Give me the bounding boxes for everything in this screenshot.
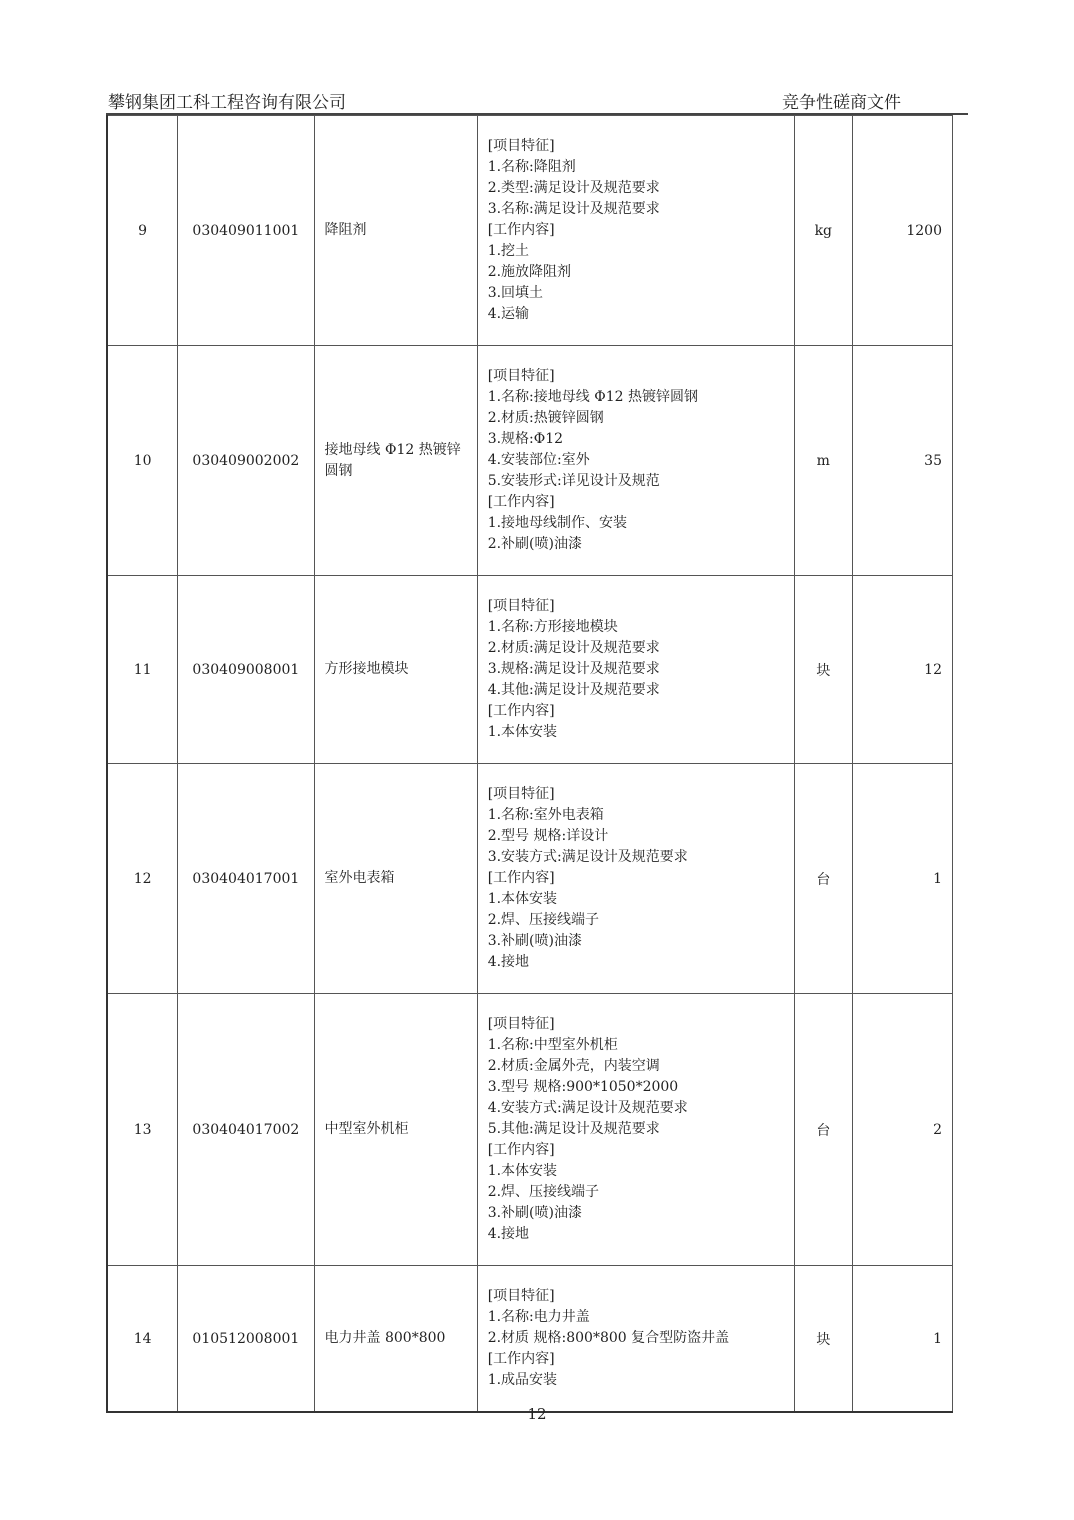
item-code: 030404017002 <box>178 994 314 1266</box>
description-block: [项目特征]1.名称:方形接地模块2.材质:满足设计及规范要求3.规格:满足设计… <box>488 576 794 763</box>
table-row: 10030409002002接地母线 Φ12 热镀锌圆钢[项目特征]1.名称:接… <box>107 346 953 576</box>
description-line: 4.接地 <box>488 1224 794 1245</box>
bill-of-quantities-table: 9030409011001降阻剂[项目特征]1.名称:降阻剂2.类型:满足设计及… <box>106 115 953 1413</box>
description-line: 1.接地母线制作、安装 <box>488 513 794 534</box>
description-line: [项目特征] <box>488 596 794 617</box>
description-line: 4.接地 <box>488 952 794 973</box>
description-line: 5.其他:满足设计及规范要求 <box>488 1119 794 1140</box>
description-line: 4.其他:满足设计及规范要求 <box>488 680 794 701</box>
description-line: 3.规格:满足设计及规范要求 <box>488 659 794 680</box>
description-line: 3.补刷(喷)油漆 <box>488 931 794 952</box>
row-number: 13 <box>107 994 178 1266</box>
description-line: 4.安装方式:满足设计及规范要求 <box>488 1098 794 1119</box>
row-number: 14 <box>107 1266 178 1413</box>
description-line: [项目特征] <box>488 1286 794 1307</box>
description-line: 2.型号 规格:详设计 <box>488 826 794 847</box>
table-row: 12030404017001室外电表箱[项目特征]1.名称:室外电表箱2.型号 … <box>107 764 953 994</box>
description-line: [工作内容] <box>488 492 794 513</box>
item-code: 030409008001 <box>178 576 314 764</box>
header-company-name: 攀钢集团工科工程咨询有限公司 <box>108 88 346 113</box>
item-description: [项目特征]1.名称:降阻剂2.类型:满足设计及规范要求3.名称:满足设计及规范… <box>477 116 794 346</box>
description-line: 2.补刷(喷)油漆 <box>488 534 794 555</box>
item-name: 降阻剂 <box>314 116 477 346</box>
description-line: 1.名称:电力井盖 <box>488 1307 794 1328</box>
item-name: 室外电表箱 <box>314 764 477 994</box>
quantity: 35 <box>852 346 952 576</box>
item-code: 010512008001 <box>178 1266 314 1413</box>
item-description: [项目特征]1.名称:室外电表箱2.型号 规格:详设计3.安装方式:满足设计及规… <box>477 764 794 994</box>
table-row: 11030409008001方形接地模块[项目特征]1.名称:方形接地模块2.材… <box>107 576 953 764</box>
table-body: 9030409011001降阻剂[项目特征]1.名称:降阻剂2.类型:满足设计及… <box>107 116 953 1413</box>
description-block: [项目特征]1.名称:室外电表箱2.型号 规格:详设计3.安装方式:满足设计及规… <box>488 764 794 993</box>
description-line: 3.回填土 <box>488 283 794 304</box>
description-line: [项目特征] <box>488 1014 794 1035</box>
description-line: [项目特征] <box>488 784 794 805</box>
description-line: [工作内容] <box>488 220 794 241</box>
item-code: 030409011001 <box>178 116 314 346</box>
description-line: 1.名称:方形接地模块 <box>488 617 794 638</box>
description-line: 3.型号 规格:900*1050*2000 <box>488 1077 794 1098</box>
item-code: 030409002002 <box>178 346 314 576</box>
quantity: 1 <box>852 764 952 994</box>
description-block: [项目特征]1.名称:接地母线 Φ12 热镀锌圆钢2.材质:热镀锌圆钢3.规格:… <box>488 346 794 575</box>
description-line: 1.名称:中型室外机柜 <box>488 1035 794 1056</box>
item-description: [项目特征]1.名称:接地母线 Φ12 热镀锌圆钢2.材质:热镀锌圆钢3.规格:… <box>477 346 794 576</box>
item-code: 030404017001 <box>178 764 314 994</box>
row-number: 11 <box>107 576 178 764</box>
item-name: 接地母线 Φ12 热镀锌圆钢 <box>314 346 477 576</box>
description-line: [工作内容] <box>488 1140 794 1161</box>
unit-of-measure: kg <box>794 116 852 346</box>
row-number: 10 <box>107 346 178 576</box>
description-line: 1.名称:接地母线 Φ12 热镀锌圆钢 <box>488 387 794 408</box>
description-line: 1.挖土 <box>488 241 794 262</box>
row-number: 9 <box>107 116 178 346</box>
description-line: 2.材质:金属外壳，内装空调 <box>488 1056 794 1077</box>
description-line: 1.名称:室外电表箱 <box>488 805 794 826</box>
description-line: 2.材质:热镀锌圆钢 <box>488 408 794 429</box>
description-block: [项目特征]1.名称:中型室外机柜2.材质:金属外壳，内装空调3.型号 规格:9… <box>488 994 794 1265</box>
description-line: [项目特征] <box>488 136 794 157</box>
description-line: 1.本体安装 <box>488 1161 794 1182</box>
quantity: 1 <box>852 1266 952 1413</box>
unit-of-measure: 台 <box>794 994 852 1266</box>
unit-of-measure: 块 <box>794 576 852 764</box>
description-line: 5.安装形式:详见设计及规范 <box>488 471 794 492</box>
description-line: 1.名称:降阻剂 <box>488 157 794 178</box>
item-description: [项目特征]1.名称:方形接地模块2.材质:满足设计及规范要求3.规格:满足设计… <box>477 576 794 764</box>
description-line: 3.规格:Φ12 <box>488 429 794 450</box>
description-line: 4.安装部位:室外 <box>488 450 794 471</box>
description-line: [工作内容] <box>488 1349 794 1370</box>
description-line: 2.施放降阻剂 <box>488 262 794 283</box>
page-number: 12 <box>0 1405 1074 1423</box>
description-line: 3.名称:满足设计及规范要求 <box>488 199 794 220</box>
table-row: 9030409011001降阻剂[项目特征]1.名称:降阻剂2.类型:满足设计及… <box>107 116 953 346</box>
unit-of-measure: m <box>794 346 852 576</box>
table-row: 14010512008001电力井盖 800*800[项目特征]1.名称:电力井… <box>107 1266 953 1413</box>
unit-of-measure: 块 <box>794 1266 852 1413</box>
description-line: 1.成品安装 <box>488 1370 794 1391</box>
item-description: [项目特征]1.名称:中型室外机柜2.材质:金属外壳，内装空调3.型号 规格:9… <box>477 994 794 1266</box>
description-block: [项目特征]1.名称:电力井盖2.材质 规格:800*800 复合型防盗井盖[工… <box>488 1266 794 1411</box>
description-block: [项目特征]1.名称:降阻剂2.类型:满足设计及规范要求3.名称:满足设计及规范… <box>488 116 794 345</box>
description-line: 3.补刷(喷)油漆 <box>488 1203 794 1224</box>
item-name: 电力井盖 800*800 <box>314 1266 477 1413</box>
description-line: 1.本体安装 <box>488 889 794 910</box>
item-name: 方形接地模块 <box>314 576 477 764</box>
quantity: 1200 <box>852 116 952 346</box>
description-line: 4.运输 <box>488 304 794 325</box>
description-line: [工作内容] <box>488 868 794 889</box>
item-description: [项目特征]1.名称:电力井盖2.材质 规格:800*800 复合型防盗井盖[工… <box>477 1266 794 1413</box>
unit-of-measure: 台 <box>794 764 852 994</box>
item-name: 中型室外机柜 <box>314 994 477 1266</box>
header-document-type: 竞争性磋商文件 <box>782 88 901 113</box>
description-line: 2.材质 规格:800*800 复合型防盗井盖 <box>488 1328 794 1349</box>
table-row: 13030404017002中型室外机柜[项目特征]1.名称:中型室外机柜2.材… <box>107 994 953 1266</box>
quantity: 12 <box>852 576 952 764</box>
description-line: 2.类型:满足设计及规范要求 <box>488 178 794 199</box>
description-line: 2.焊、压接线端子 <box>488 1182 794 1203</box>
description-line: 3.安装方式:满足设计及规范要求 <box>488 847 794 868</box>
row-number: 12 <box>107 764 178 994</box>
description-line: 2.材质:满足设计及规范要求 <box>488 638 794 659</box>
quantity: 2 <box>852 994 952 1266</box>
description-line: 2.焊、压接线端子 <box>488 910 794 931</box>
description-line: [工作内容] <box>488 701 794 722</box>
description-line: [项目特征] <box>488 366 794 387</box>
description-line: 1.本体安装 <box>488 722 794 743</box>
